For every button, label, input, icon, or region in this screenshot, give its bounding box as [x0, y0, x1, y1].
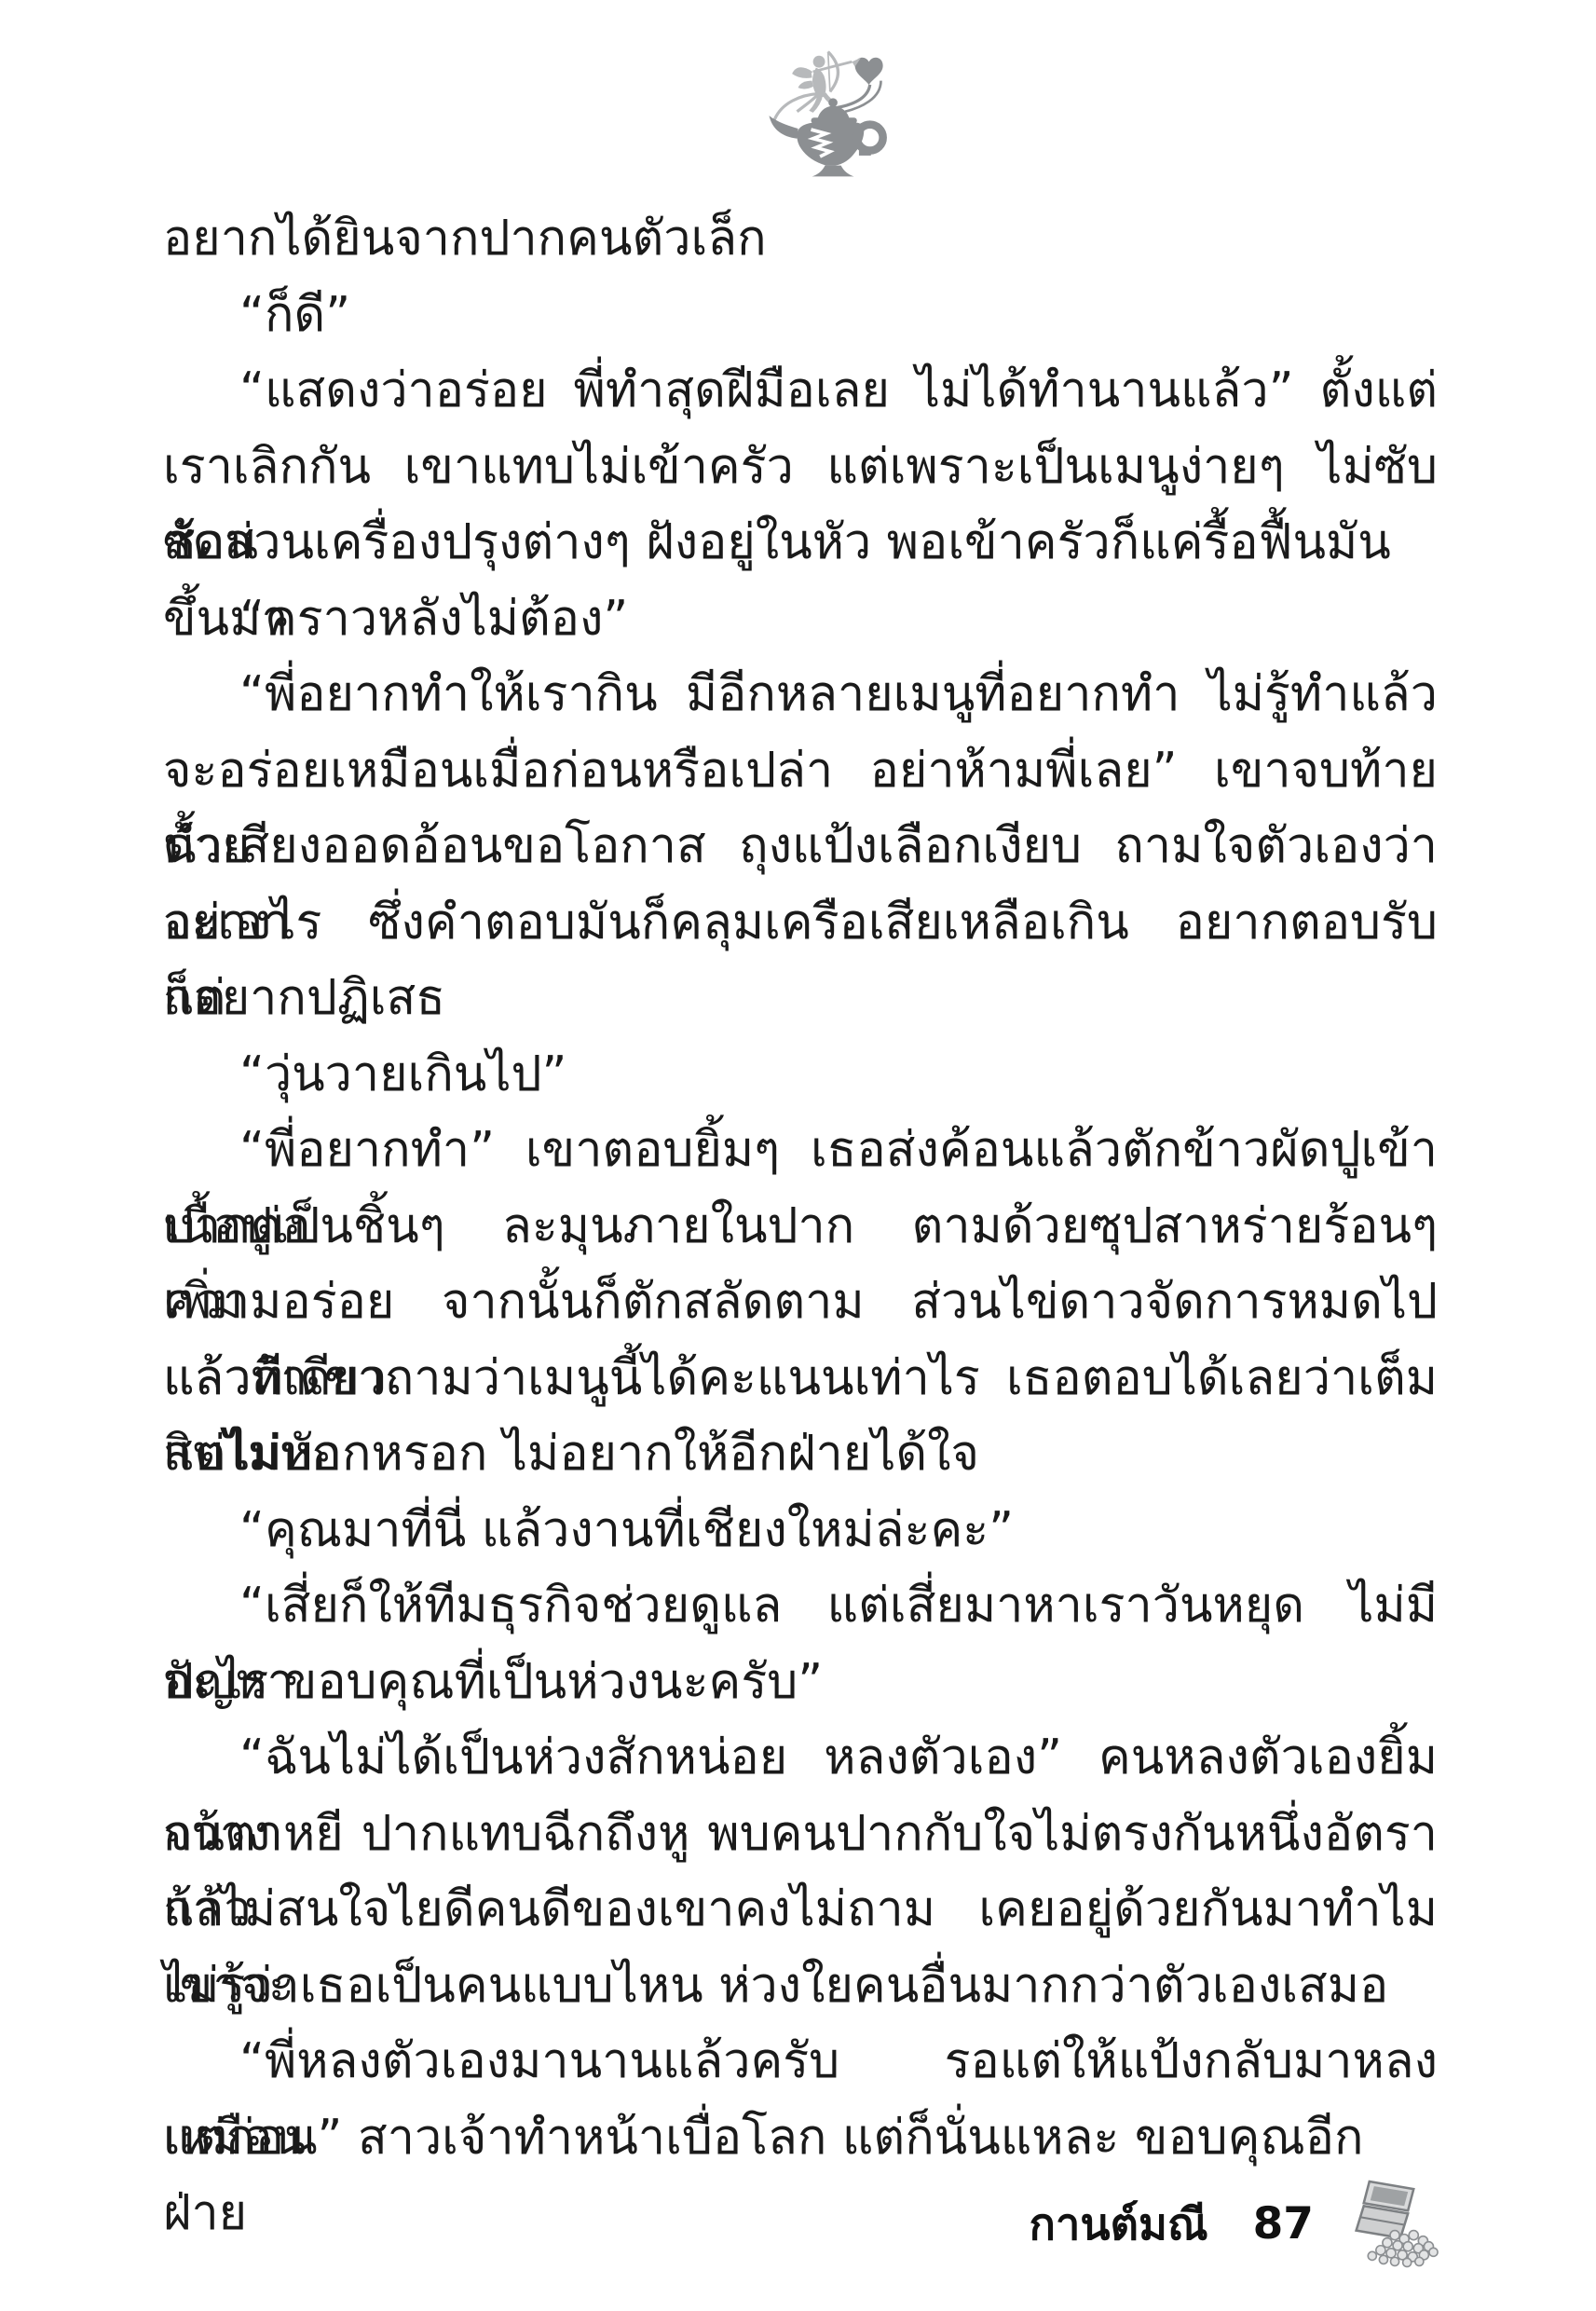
text-line: แล้วถ้าเขาถามว่าเมนูนี้ได้คะแนนเท่าไร เธ… — [163, 1341, 1438, 1417]
text-line: จะอร่อยเหมือนเมื่อก่อนหรือเปล่า อย่าห้าม… — [163, 733, 1438, 810]
treasure-chest-icon — [1338, 2179, 1442, 2268]
body-text: อยากได้ยินจากปากคนตัวเล็ก“ก็ดี”“แสดงว่าอ… — [163, 201, 1438, 2176]
text-line: ไม่รู้ว่าเธอเป็นคนแบบไหน ห่วงใยคนอื่นมาก… — [163, 1949, 1438, 2025]
page-number: 87 — [1253, 2198, 1314, 2249]
text-line: เนื้อปูเป็นชิ้นๆ ละมุนภายในปาก ตามด้วยซุ… — [163, 1189, 1438, 1265]
text-line: “ฉันไม่ได้เป็นห่วงสักหน่อย หลงตัวเอง” คน… — [163, 1720, 1438, 1797]
text-line: สัดส่วนเครื่องปรุงต่างๆ ฝังอยู่ในหัว พอเ… — [163, 505, 1438, 581]
text-line: “วุ่นวายเกินไป” — [163, 1037, 1438, 1114]
cupid-genie-lamp-icon — [762, 45, 902, 185]
text-line: “พี่หลงตัวเองมานานแล้วครับ รอแต่ให้แป้งก… — [163, 2024, 1438, 2100]
text-line: ความอร่อย จากนั้นก็ตักสลัดตาม ส่วนไข่ดาว… — [163, 1265, 1438, 1341]
text-line: ก็อยากปฏิเสธ — [163, 961, 1438, 1037]
text-line: “แสดงว่าอร่อย พี่ทำสุดฝีมือเลย ไม่ได้ทำน… — [163, 353, 1438, 430]
text-line: แต่ก่อน” สาวเจ้าทำหน้าเบื่อโลก แต่ก็นั่น… — [163, 2100, 1438, 2177]
author-name: กานต์มณี — [1030, 2189, 1208, 2259]
text-line: “ก็ดี” — [163, 278, 1438, 354]
text-line: แต่ไม่บอกหรอก ไม่อยากให้อีกฝ่ายได้ใจ — [163, 1416, 1438, 1493]
text-line: เราเลิกกัน เขาแทบไม่เข้าครัว แต่เพราะเป็… — [163, 430, 1438, 506]
book-page: อยากได้ยินจากปากคนตัวเล็ก“ก็ดี”“แสดงว่าอ… — [0, 0, 1596, 2311]
text-line: “พี่อยากทำให้เรากิน มีอีกหลายเมนูที่อยาก… — [163, 657, 1438, 733]
text-line: ถ้าไม่สนใจไยดีคนดีของเขาคงไม่ถาม เคยอยู่… — [163, 1872, 1438, 1949]
text-line: อะไร ขอบคุณที่เป็นห่วงนะครับ” — [163, 1645, 1438, 1721]
text-line: จนตาหยี ปากแทบฉีกถึงหู พบคนปากกับใจไม่ตร… — [163, 1797, 1438, 1873]
text-line: อย่างไร ซึ่งคำตอบมันก็คลุมเครือเสียเหลือ… — [163, 885, 1438, 962]
text-line: “พี่อยากทำ” เขาตอบยิ้มๆ เธอส่งค้อนแล้วตั… — [163, 1113, 1438, 1189]
text-line: “คุณมาที่นี่ แล้วงานที่เชียงใหม่ล่ะคะ” — [163, 1493, 1438, 1569]
text-line: “คราวหลังไม่ต้อง” — [163, 581, 1438, 658]
text-line: “เสี่ยก็ให้ทีมธุรกิจช่วยดูแล แต่เสี่ยมาห… — [163, 1568, 1438, 1645]
page-footer: กานต์มณี 87 — [1030, 2179, 1443, 2268]
text-line: อยากได้ยินจากปากคนตัวเล็ก — [163, 201, 1438, 278]
text-line: น้ำเสียงออดอ้อนขอโอกาส ถุงแป้งเลือกเงียบ… — [163, 809, 1438, 885]
